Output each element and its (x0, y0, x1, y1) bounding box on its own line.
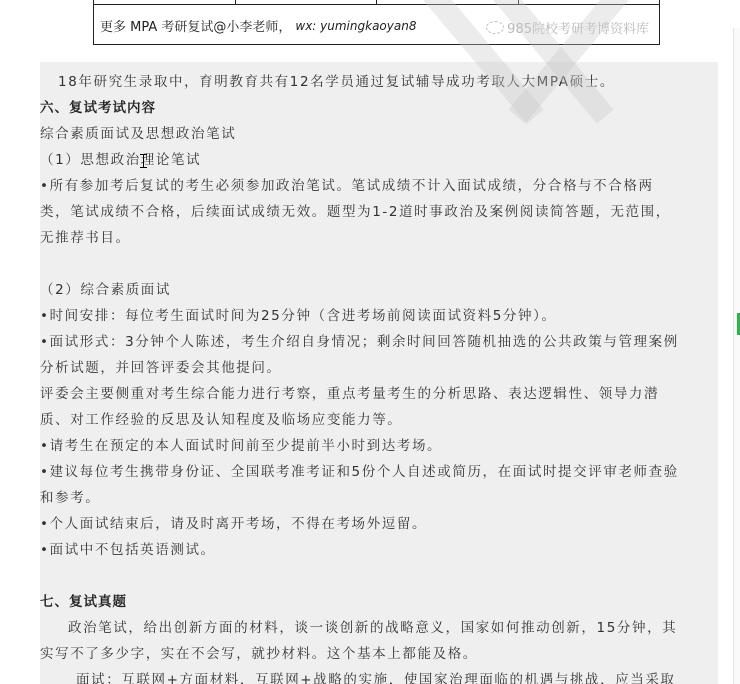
paragraph-line: 面试：互联网+方面材料，互联网+战略的实施，使国家治理面临的机遇与挑战，应当采取 (76, 668, 676, 684)
footer-text: 更多 MPA 考研复试@小李老师， (100, 16, 291, 35)
paragraph-line: 类，笔试成绩不合格，后续面试成绩无效。题型为1-2道时事政治及案例阅读简答题，无… (40, 200, 671, 220)
paragraph-line: 和参考。 (40, 486, 100, 506)
paragraph-line: •建议每位考生携带身份证、全国联考准考证和5份个人自述或简历，在面试时提交评审老… (40, 460, 679, 480)
paragraph-line: （1）思想政治理论笔试 (40, 148, 201, 168)
paragraph-line: （2）综合素质面试 (40, 278, 171, 298)
paragraph-line: •所有参加考后复试的考生必须参加政治笔试。笔试成绩不计入面试成绩，分合格与不合格… (40, 174, 654, 194)
section-heading: 七、复试真题 (40, 590, 127, 610)
paragraph-line: •请考生在预定的本人面试时间前至少提前半小时到达考场。 (40, 434, 442, 454)
paragraph-line: 综合素质面试及思想政治笔试 (40, 122, 236, 142)
paragraph-line: •个人面试结束后，请及时离开考场，不得在考场外逗留。 (40, 512, 427, 532)
text-cursor-icon (143, 154, 150, 168)
paragraph-line: 政治笔试，给出创新方面的材料，谈一谈创新的战略意义，国家如何推动创新，15分钟，… (68, 616, 677, 636)
paragraph-line: •面试中不包括英语测试。 (40, 538, 216, 558)
paragraph-line: 实写不了多少字，实在不会写，就抄材料。这个基本上都能及格。 (40, 642, 478, 662)
footer-wechat-id: wx: yumingkaoyan8 (295, 19, 416, 33)
info-table: 更多 MPA 考研复试@小李老师， wx: yumingkaoyan8 985院… (93, 0, 660, 45)
table-cell (236, 0, 378, 4)
side-scroll-panel[interactable] (733, 28, 740, 684)
paragraph-line: •面试形式：3分钟个人陈述，考生介绍自身情况；剩余时间回答随机抽选的公共政策与管… (40, 330, 679, 350)
watermark-brand: 985院校考研考博资料库 (486, 18, 649, 37)
section-heading: 六、复试考试内容 (40, 96, 156, 116)
table-cell (377, 0, 519, 4)
document-page[interactable]: 18年研究生录取中，育明教育共有12名学员通过复试辅导成功考取人大MPA硕士。六… (40, 62, 718, 684)
paragraph-line: •时间安排：每位考生面试时间为25分钟（含进考场前阅读面试资料5分钟）。 (40, 304, 557, 324)
wechat-logo-icon (486, 21, 504, 34)
paragraph-line: 分析试题，并回答评委会其他提问。 (40, 356, 282, 376)
table-cell (94, 0, 236, 4)
paragraph-line: 评委会主要侧重对考生综合能力进行考察，重点考量考生的分析思路、表达逻辑性、领导力… (40, 382, 659, 402)
paragraph-line: 质、对工作经验的反思及认知程度及临场应变能力等。 (40, 408, 402, 428)
table-cell (519, 0, 660, 4)
paragraph-line: 18年研究生录取中，育明教育共有12名学员通过复试辅导成功考取人大MPA硕士。 (58, 70, 615, 90)
table-footer-cell: 更多 MPA 考研复试@小李老师， wx: yumingkaoyan8 985院… (94, 5, 659, 46)
watermark-brand-text: 985院校考研考博资料库 (507, 18, 649, 37)
paragraph-line: 无推荐书目。 (40, 226, 131, 246)
